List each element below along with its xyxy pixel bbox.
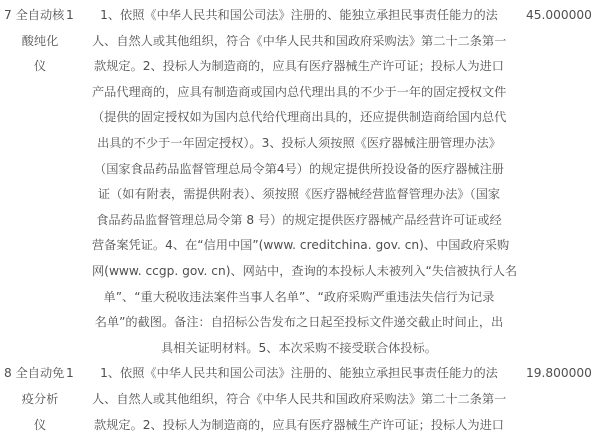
table-row: 8 全自动免疫分析仪 1 1、依照《中华人民共和国公司法》注册的、能独立承担民事… (0, 361, 612, 433)
requirement-line: 人、自然人或其他组织，符合《中华人民共和国政府采购法》第二十二条第一 (92, 29, 506, 55)
requirement-line: 具相关证明材料。5、本次采购不接受联合体投标。 (92, 336, 506, 362)
requirement-line: 出具的不少于一年固定授权）。3、投标人须按照《医疗器械注册管理办法》 (92, 131, 506, 157)
procurement-document-page: 7 全自动核酸纯化仪 1 1、依照《中华人民共和国公司法》注册的、能独立承担民事… (0, 0, 612, 433)
requirement-line: （提供的固定授权如为国内总代给代理商出具的，还应提供制造商给国内总代 (92, 105, 506, 131)
requirement-line: 1、依照《中华人民共和国公司法》注册的、能独立承担民事责任能力的法 (92, 3, 506, 29)
requirement-line: 1、依照《中华人民共和国公司法》注册的、能独立承担民事责任能力的法 (92, 361, 506, 387)
item-name-line: 全自动免 (14, 361, 66, 387)
requirement-line: 款规定。2、投标人为制造商的，应具有医疗器械生产许可证；投标人为进口 (92, 54, 506, 80)
requirement-line: 名单”的截图。备注：自招标公告发布之日起至投标文件递交截止时间止，出 (92, 310, 506, 336)
requirements-text: 1、依照《中华人民共和国公司法》注册的、能独立承担民事责任能力的法人、自然人或其… (92, 361, 506, 433)
table-row: 7 全自动核酸纯化仪 1 1、依照《中华人民共和国公司法》注册的、能独立承担民事… (0, 3, 612, 361)
item-name-line: 仪 (14, 413, 66, 433)
row-number: 8 (0, 361, 14, 387)
requirement-line: （国家食品药品监督管理总局令第4号）的规定提供所投设备的医疗器械注册 (92, 157, 506, 183)
budget-amount: 19.800000 (506, 361, 592, 387)
requirement-line: 营备案凭证。4、在“信用中国”(www. creditchina. gov. c… (92, 233, 506, 259)
item-name-line: 酸纯化 (14, 29, 66, 55)
item-name-line: 全自动核 (14, 3, 66, 29)
item-quantity: 1 (66, 3, 92, 29)
requirement-line: 食品药品监督管理总局令第 8 号）的规定提供医疗器械产品经营许可证或经 (92, 208, 506, 234)
item-name-line: 仪 (14, 54, 66, 80)
item-name-line: 疫分析 (14, 387, 66, 413)
item-quantity: 1 (66, 361, 92, 387)
item-name: 全自动核酸纯化仪 (14, 3, 66, 80)
item-name: 全自动免疫分析仪 (14, 361, 66, 433)
budget-amount: 45.000000 (506, 3, 592, 29)
requirement-line: 单”、“重大税收违法案件当事人名单”、“政府采购严重违法失信行为记录 (92, 285, 506, 311)
requirement-line: 证（如有附表，需提供附表）、须按照《医疗器械经营监督管理办法》（国家 (92, 182, 506, 208)
requirement-line: 产品代理商的，应具有制造商或国内总代理出具的不少于一年的固定授权文件 (92, 80, 506, 106)
requirement-line: 款规定。2、投标人为制造商的，应具有医疗器械生产许可证；投标人为进口 (92, 413, 506, 433)
requirement-line: 网(www. ccgp. gov. cn)、网站中，查询的本投标人未被列入“失信… (92, 259, 506, 285)
requirements-text: 1、依照《中华人民共和国公司法》注册的、能独立承担民事责任能力的法人、自然人或其… (92, 3, 506, 361)
row-number: 7 (0, 3, 14, 29)
requirement-line: 人、自然人或其他组织，符合《中华人民共和国政府采购法》第二十二条第一 (92, 387, 506, 413)
